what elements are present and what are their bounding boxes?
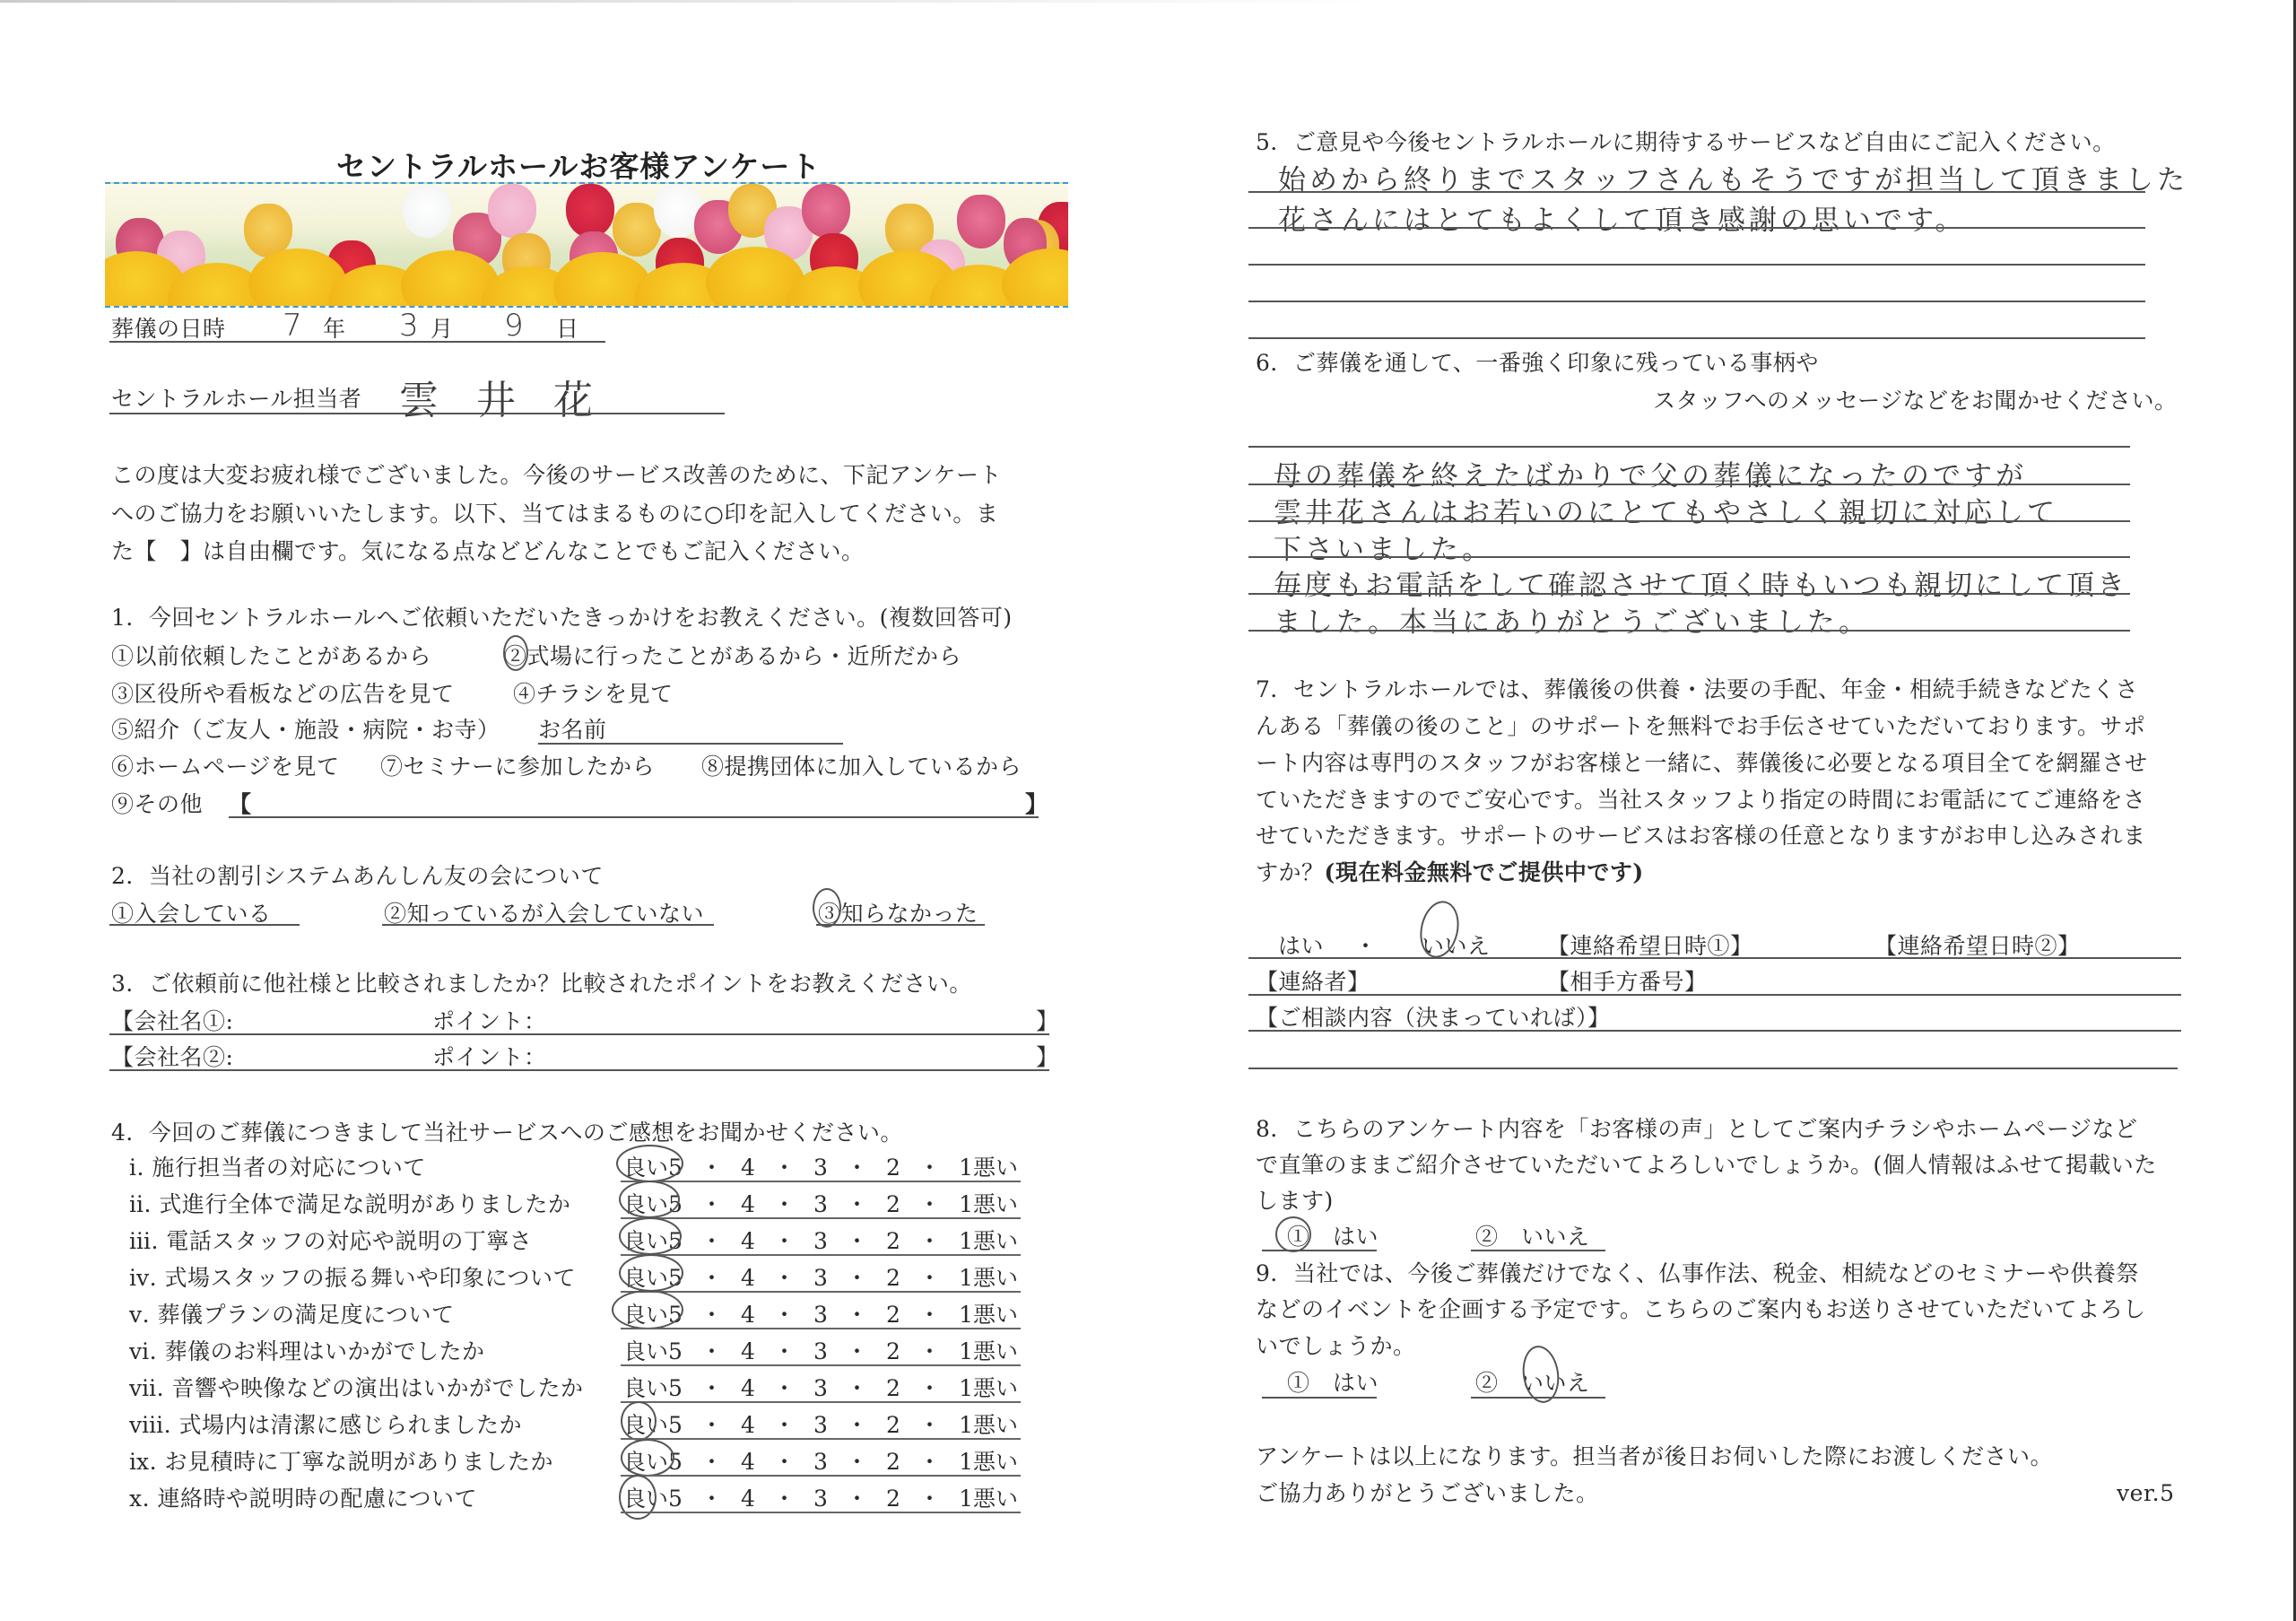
q4-item-3-underline xyxy=(621,1254,1021,1256)
q6-line-4 xyxy=(1248,593,2130,595)
q4-item-2-scale[interactable]: 良い5・4・3・2・1悪い xyxy=(623,1190,1018,1220)
q3-row-2-close: 】 xyxy=(1036,1042,1059,1073)
q5-line-5[interactable] xyxy=(1248,337,2145,339)
q1-other-field[interactable] xyxy=(229,816,1039,818)
q4-item-5-label: ⅴ. 葬儀プランの満足度について xyxy=(129,1300,455,1330)
q1-option-1[interactable]: ①以前依頼したことがあるから xyxy=(111,641,431,672)
q9-text-line-1: 9．当社では、今後ご葬儀だけでなく、仏事作法、税金、相続などのセミナーや供養祭 xyxy=(1256,1259,2139,1289)
q6-line-1 xyxy=(1248,484,2130,485)
q4-item-7-scale[interactable]: 良い5・4・3・2・1悪い xyxy=(623,1373,1018,1404)
q4-item-1-label: ⅰ. 施行担当者の対応について xyxy=(129,1153,426,1183)
q4-item-9-label: ⅸ. お見積時に丁寧な説明がありましたか xyxy=(129,1447,553,1477)
q5-line-1 xyxy=(1248,191,2145,193)
funeral-day-value[interactable]: 9 xyxy=(504,308,527,344)
q9-option-no-underline xyxy=(1471,1397,1605,1399)
q7-text-line-4: ていただきますのでご安心です。当社スタッフより指定の時間にお電話にてご連絡をさ xyxy=(1256,785,2146,815)
staff-label: セントラルホール担当者 xyxy=(111,384,361,414)
q1-option-7[interactable]: ⑦セミナーに参加したから xyxy=(380,752,655,782)
q2-option-3-underline xyxy=(816,924,985,926)
q6-answer-line-2[interactable]: 雲井花さんはお若いのにとてもやさしく親切に対応して xyxy=(1274,490,2058,530)
month-unit: 月 xyxy=(430,314,454,344)
q4-item-8-scale[interactable]: 良い5・4・3・2・1悪い xyxy=(623,1410,1018,1441)
q9-text-line-3: いでしょうか。 xyxy=(1256,1331,1416,1362)
q1-option-8[interactable]: ⑧提携団体に加入しているから xyxy=(701,752,1022,782)
q4-item-9-scale[interactable]: 良い5・4・3・2・1悪い xyxy=(623,1447,1018,1477)
rating-5-circle-mark xyxy=(616,1145,683,1182)
q7-phone-label: 【相手方番号】 xyxy=(1547,967,1708,998)
form-title: セントラルホールお客様アンケート xyxy=(336,144,821,186)
q3-row-1-field[interactable] xyxy=(109,1033,1049,1035)
q3-question: 3．ご依頼前に他社様と比較されましたか？比較されたポイントをお教えください。 xyxy=(111,969,972,999)
rating-5-circle-mark xyxy=(621,1439,674,1477)
intro-line-2: へのご協力をお願いいたします。以下、当てはまるものに○印を記入してください。ま xyxy=(111,499,998,529)
q8-text-line-2: で直筆のままご紹介させていただいてよろしいでしょうか。(個人情報はふせて掲載いた xyxy=(1256,1150,2157,1181)
rating-5-circle-mark xyxy=(619,1254,683,1292)
rating-5-circle-mark xyxy=(621,1401,657,1441)
q1-option-4[interactable]: ④チラシを見て xyxy=(513,679,674,710)
q7-contact-person-field[interactable] xyxy=(1248,994,2181,996)
q4-item-9-underline xyxy=(621,1475,1021,1477)
q7-contact-person-label: 【連絡者】 xyxy=(1256,967,1370,998)
q1-option-5[interactable]: ⑤紹介（ご友人・施設・病院・お寺） xyxy=(111,715,500,745)
intro-line-1: この度は大変お疲れ様でございました。今後のサービス改善のために、下記アンケート xyxy=(111,460,1002,491)
closing-line-1: アンケートは以上になります。担当者が後日お伺いした際にお渡しください。 xyxy=(1256,1442,2053,1472)
selection-circle-mark xyxy=(1275,1216,1311,1252)
q7-text-line-5: せていただきます。サポートのサービスはお客様の任意となりますがお申し込みされま xyxy=(1256,821,2146,851)
q6-answer-line-4[interactable]: 毎度もお電話をして確認させて頂く時もいつも親切にして頂き xyxy=(1274,562,2127,603)
funeral-month-value[interactable]: 3 xyxy=(399,308,422,344)
q3-row-1-close: 】 xyxy=(1036,1007,1059,1037)
q1-option-9[interactable]: ⑨その他 xyxy=(111,789,203,820)
q4-question: 4．今回のご葬儀につきまして当社サービスへのご感想をお聞かせください。 xyxy=(111,1118,903,1148)
q3-company-2-label: 【会社名②: xyxy=(111,1042,233,1073)
rating-5-circle-mark xyxy=(612,1290,683,1329)
day-unit: 日 xyxy=(556,314,579,344)
q2-option-2-underline xyxy=(382,924,714,926)
rating-5-circle-mark xyxy=(619,1217,682,1255)
q4-item-6-underline xyxy=(621,1364,1021,1366)
q1-option-2[interactable]: ②式場に行ったことがあるから・近所だから xyxy=(504,641,961,672)
selection-circle-mark xyxy=(813,888,841,928)
q4-item-4-underline xyxy=(621,1291,1021,1293)
q5-answer-line-2[interactable]: 花さんにはとてもよくして頂き感謝の思いです。 xyxy=(1278,197,1967,238)
q4-item-2-label: ⅱ. 式進行全体で満足な説明がありましたか xyxy=(129,1190,570,1220)
flower-banner-image xyxy=(105,182,1068,308)
q4-item-3-scale[interactable]: 良い5・4・3・2・1悪い xyxy=(623,1226,1018,1257)
closing-line-2: ご協力ありがとうございました。 xyxy=(1256,1478,1599,1509)
funeral-year-value[interactable]: 7 xyxy=(283,308,306,344)
q4-item-7-underline xyxy=(621,1401,1021,1403)
q4-item-7-label: ⅶ. 音響や映像などの演出はいかがでしたか xyxy=(129,1373,584,1404)
q1-referrer-name-label: お名前 xyxy=(538,715,607,745)
intro-line-3: た【 】は自由欄です。気になる点などどんなことでもご記入ください。 xyxy=(111,536,865,567)
funeral-date-underline xyxy=(109,341,605,343)
q6-answer-line-5[interactable]: ました。本当にありがとうございました。 xyxy=(1274,599,1870,640)
q1-option-6[interactable]: ⑥ホームページを見て xyxy=(111,752,340,782)
q1-question: 1．今回セントラルホールへご依頼いただいたきっかけをお教えください。(複数回答可… xyxy=(111,603,1013,633)
q6-answer-line-1[interactable]: 母の葬儀を終えたばかりで父の葬儀になったのですが xyxy=(1274,453,2027,493)
q6-question-line-2: スタッフへのメッセージなどをお聞かせください。 xyxy=(1653,386,2178,416)
rating-5-circle-mark xyxy=(619,1181,680,1218)
q4-item-4-label: ⅳ. 式場スタッフの振る舞いや印象について xyxy=(129,1263,576,1294)
staff-underline xyxy=(109,413,725,414)
q9-text-line-2: などのイベントを企画する予定です。こちらのご案内もお送りさせていただいてよろし xyxy=(1256,1294,2146,1325)
q9-option-yes[interactable]: ① はい xyxy=(1287,1368,1378,1399)
q4-item-8-underline xyxy=(621,1438,1021,1440)
q8-text-line-3: します) xyxy=(1256,1186,1334,1216)
q7-free-notice: (現在料金無料でご提供中です) xyxy=(1325,859,1644,885)
q7-consult-label: 【ご相談内容（決まっていれば）】 xyxy=(1256,1003,1611,1033)
q3-row-2-field[interactable] xyxy=(109,1069,1049,1071)
q4-item-1-underline xyxy=(621,1181,1021,1182)
q8-option-no[interactable]: ② いいえ xyxy=(1475,1222,1590,1252)
q6-answer-line-3[interactable]: 下さいました。 xyxy=(1274,527,1493,567)
q4-item-10-underline xyxy=(621,1512,1021,1513)
year-unit: 年 xyxy=(323,314,346,344)
q1-option-3[interactable]: ③区役所や看板などの広告を見て xyxy=(111,679,455,710)
q4-item-2-underline xyxy=(621,1217,1021,1219)
q7-consult-field-1[interactable] xyxy=(1248,1030,2181,1032)
q4-item-5-scale[interactable]: 良い5・4・3・2・1悪い xyxy=(623,1300,1018,1330)
q3-company-1-label: 【会社名①: xyxy=(111,1007,233,1037)
q7-consult-field-2[interactable] xyxy=(1248,1068,2178,1069)
q5-question: 5．ご意見や今後セントラルホールに期待するサービスなど自由にご記入ください。 xyxy=(1256,127,2116,158)
funeral-date-label: 葬儀の日時 xyxy=(111,314,226,344)
q5-line-3[interactable] xyxy=(1248,264,2145,266)
form-version: ver.5 xyxy=(2117,1478,2174,1509)
rating-5-circle-mark xyxy=(619,1475,657,1520)
q9-option-yes-underline xyxy=(1262,1397,1377,1399)
q7-contact-datetime-field[interactable] xyxy=(1248,957,2181,959)
q4-item-1-scale[interactable]: 良い5・4・3・2・1悪い xyxy=(623,1153,1018,1183)
q4-item-3-label: ⅲ. 電話スタッフの対応や説明の丁寧さ xyxy=(129,1226,532,1257)
q4-item-10-label: ⅹ. 連絡時や説明時の配慮について xyxy=(129,1484,477,1514)
q8-option-no-underline xyxy=(1471,1250,1605,1251)
q8-text-line-1: 8．こちらのアンケート内容を「お客様の声」としてご案内チラシやホームページなど xyxy=(1256,1114,2137,1145)
selection-circle-mark xyxy=(503,635,528,671)
q2-option-1-underline xyxy=(109,924,300,926)
scan-top-edge xyxy=(0,0,2296,3)
q1-other-close-bracket: 】 xyxy=(1025,789,1048,820)
q6-line-5 xyxy=(1248,630,2130,632)
q2-question: 2．当社の割引システムあんしん友の会について xyxy=(111,861,604,892)
q3-point-1-label: ポイント： xyxy=(432,1007,547,1037)
q8-option-yes-underline xyxy=(1262,1250,1377,1251)
q5-line-2 xyxy=(1248,227,2145,229)
q6-line-3 xyxy=(1248,556,2130,558)
q1-referrer-name-field[interactable] xyxy=(538,743,843,745)
staff-name-value[interactable]: 雲 井 花 xyxy=(399,368,605,425)
q5-line-4[interactable] xyxy=(1248,301,2145,302)
q6-line-2 xyxy=(1248,520,2130,522)
q4-item-6-scale[interactable]: 良い5・4・3・2・1悪い xyxy=(623,1337,1018,1367)
q4-item-5-underline xyxy=(621,1328,1021,1329)
q6-line-0 xyxy=(1248,446,2130,448)
q7-text-line-1: 7．セントラルホールでは、葬儀後の供養・法要の手配、年金・相続手続きなどたくさ xyxy=(1256,675,2138,705)
q4-item-6-label: ⅵ. 葬儀のお料理はいかがでしたか xyxy=(129,1337,485,1367)
q3-point-2-label: ポイント： xyxy=(432,1042,547,1073)
q4-item-10-scale[interactable]: 良い5・4・3・2・1悪い xyxy=(623,1484,1018,1514)
q1-other-open-bracket: 【 xyxy=(229,789,252,820)
q4-item-8-label: ⅷ. 式場内は清潔に感じられましたか xyxy=(129,1410,522,1441)
q7-text-line-3: ート内容は専門のスタッフがお客様と一緒に、葬儀後に必要となる項目全てを網羅させ xyxy=(1256,748,2148,779)
q7-text-line-6: すか？(現在料金無料でご提供中です) xyxy=(1256,858,1644,888)
q7-text-line-2: んある「葬儀の後のこと」のサポートを無料でお手伝させていただいております。サポ xyxy=(1256,711,2146,742)
q6-question-line-1: 6．ご葬儀を通して、一番強く印象に残っている事柄や xyxy=(1256,348,1819,379)
